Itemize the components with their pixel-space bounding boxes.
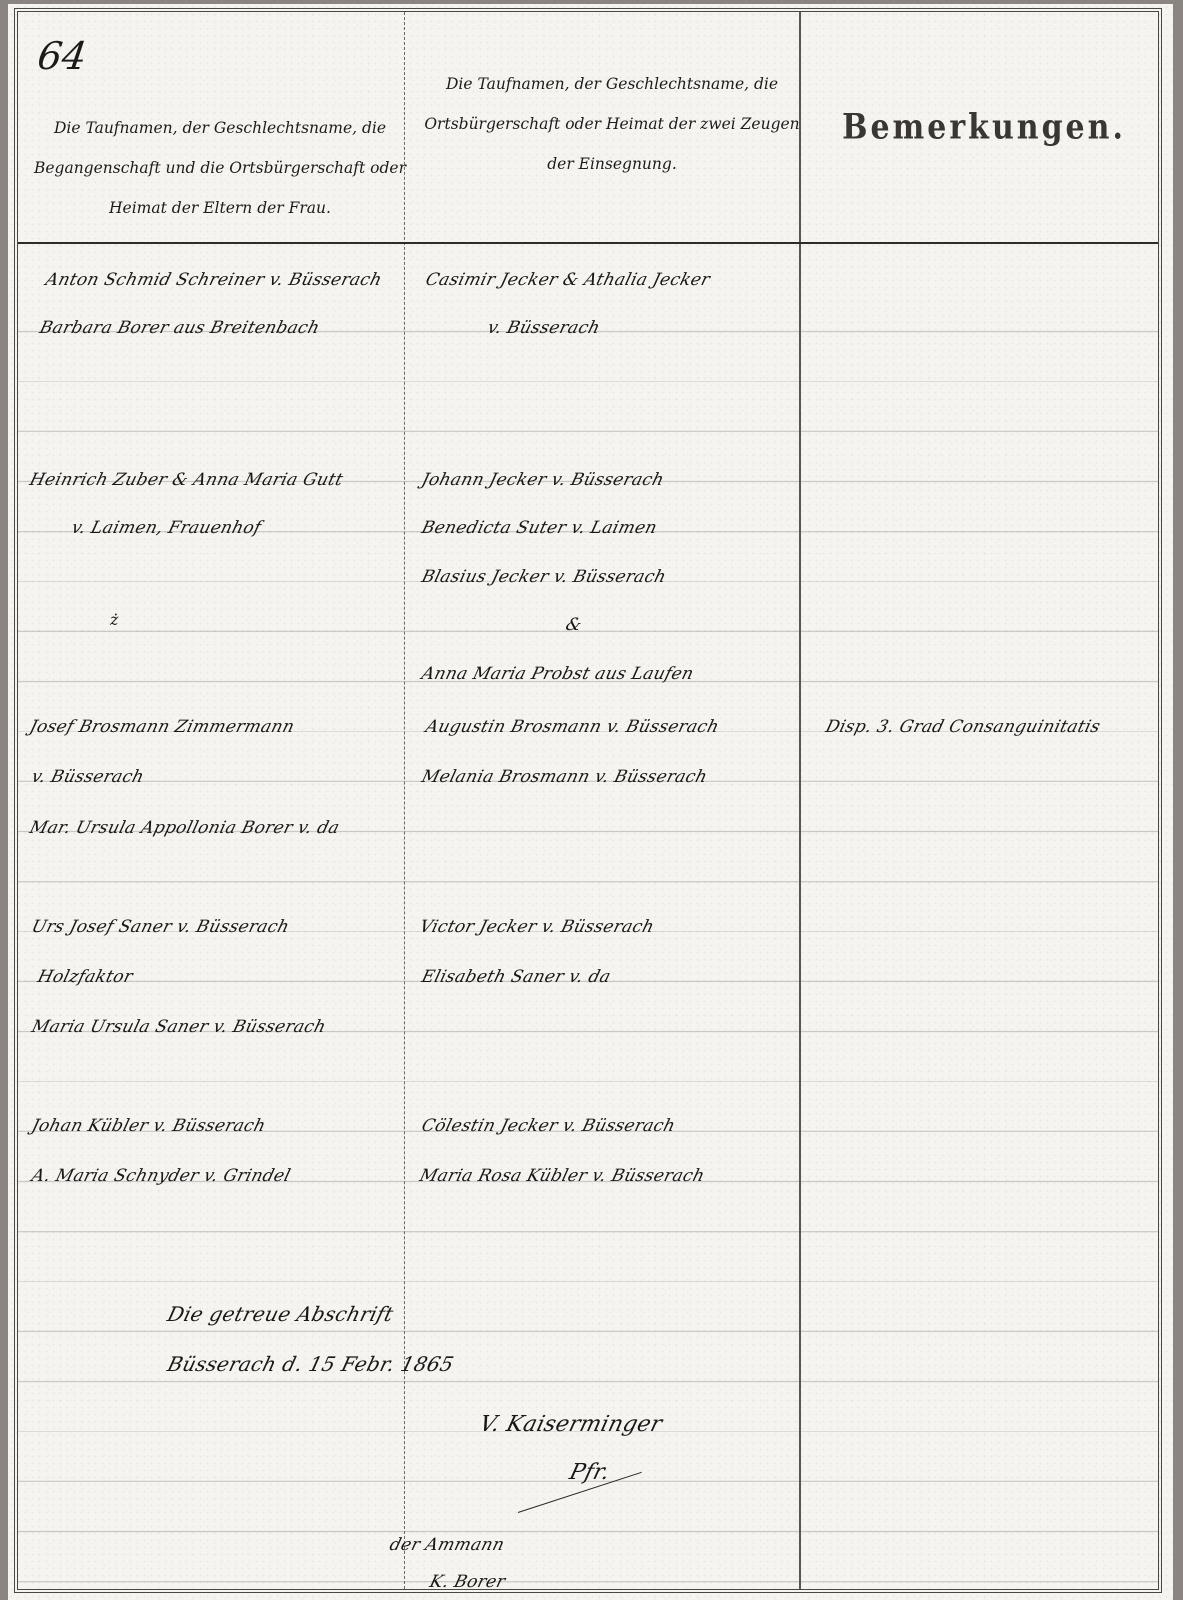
entry-4-parents-line-1: Urs Josef Saner v. Büsserach [30, 917, 292, 937]
header-line: Ortsbürgerschaft oder Heimat der zwei Ze… [416, 104, 808, 144]
entry-4-witnesses-line-1: Victor Jecker v. Büsserach [418, 917, 657, 937]
header-remarks: Bemerkungen. [814, 105, 1154, 151]
entry-5-witnesses-line-1: Cölestin Jecker v. Büsserach [420, 1116, 678, 1136]
header-line: Begangenschaft und die Ortsbürgerschaft … [30, 148, 410, 188]
register-page: 64 Die Taufnamen, der Geschlechtsname, d… [8, 4, 1173, 1600]
entry-1-parents-line-2: Barbara Borer aus Breitenbach [38, 318, 322, 338]
header-line: Die Taufnamen, der Geschlechtsname, die [30, 108, 410, 148]
certification-line-1: Die getreue Abschrift [165, 1302, 396, 1326]
entry-2-witnesses-line-3: Blasius Jecker v. Büsserach [420, 567, 669, 587]
entry-1-witnesses-line-2: v. Büsserach [486, 318, 603, 338]
pastor-signature: V. Kaiserminger [477, 1412, 665, 1437]
entry-3-remarks: Disp. 3. Grad Consanguinitatis [824, 717, 1103, 737]
header-line: Heimat der Eltern der Frau. [30, 188, 410, 228]
column-divider-2 [799, 12, 801, 1589]
entry-4-parents-line-3: Maria Ursula Saner v. Büsserach [30, 1017, 328, 1037]
page-frame: 64 Die Taufnamen, der Geschlechtsname, d… [14, 8, 1162, 1593]
entry-4-witnesses-line-2: Elisabeth Saner v. da [420, 967, 613, 987]
header-rule [18, 242, 1158, 244]
header-parents-of-wife: Die Taufnamen, der Geschlechtsname, die … [30, 108, 410, 228]
header-line: Die Taufnamen, der Geschlechtsname, die [416, 64, 808, 104]
entry-2-parents-line-1: Heinrich Zuber & Anna Maria Gutt [28, 470, 346, 490]
entry-2-parents-line-2: v. Laimen, Frauenhof [70, 518, 264, 538]
entry-3-witnesses-line-1: Augustin Brosmann v. Büsserach [424, 717, 722, 737]
entry-3-witnesses-line-2: Melania Brosmann v. Büsserach [420, 767, 710, 787]
entry-2-witnesses-line-5: Anna Maria Probst aus Laufen [420, 664, 696, 684]
entry-5-parents-line-2: A. Maria Schnyder v. Grindel [30, 1166, 293, 1186]
entry-2-witnesses-line-4: & [564, 615, 584, 635]
header-witnesses: Die Taufnamen, der Geschlechtsname, die … [416, 64, 808, 184]
pastor-title: Pfr. [567, 1460, 612, 1485]
entry-3-parents-line-3: Mar. Ursula Appollonia Borer v. da [28, 818, 342, 838]
official-name: K. Borer [428, 1572, 508, 1592]
entry-2-margin-mark: ż [110, 610, 118, 629]
entry-5-witnesses-line-2: Maria Rosa Kübler v. Büsserach [418, 1166, 707, 1186]
header-line: der Einsegnung. [416, 144, 808, 184]
official-label: der Ammann [388, 1535, 507, 1555]
entry-4-parents-line-2: Holzfaktor [36, 967, 135, 987]
entry-5-parents-line-1: Johan Kübler v. Büsserach [30, 1116, 268, 1136]
entry-1-parents-line-1: Anton Schmid Schreiner v. Büsserach [44, 270, 384, 290]
certification-line-2: Büsserach d. 15 Febr. 1865 [165, 1352, 456, 1376]
entry-2-witnesses-line-2: Benedicta Suter v. Laimen [420, 518, 660, 538]
entry-2-witnesses-line-1: Johann Jecker v. Büsserach [420, 470, 667, 490]
entry-3-parents-line-1: Josef Brosmann Zimmermann [28, 717, 297, 737]
entry-3-parents-line-2: v. Büsserach [30, 767, 147, 787]
page-number: 64 [35, 34, 90, 78]
entry-1-witnesses-line-1: Casimir Jecker & Athalia Jecker [424, 270, 713, 290]
